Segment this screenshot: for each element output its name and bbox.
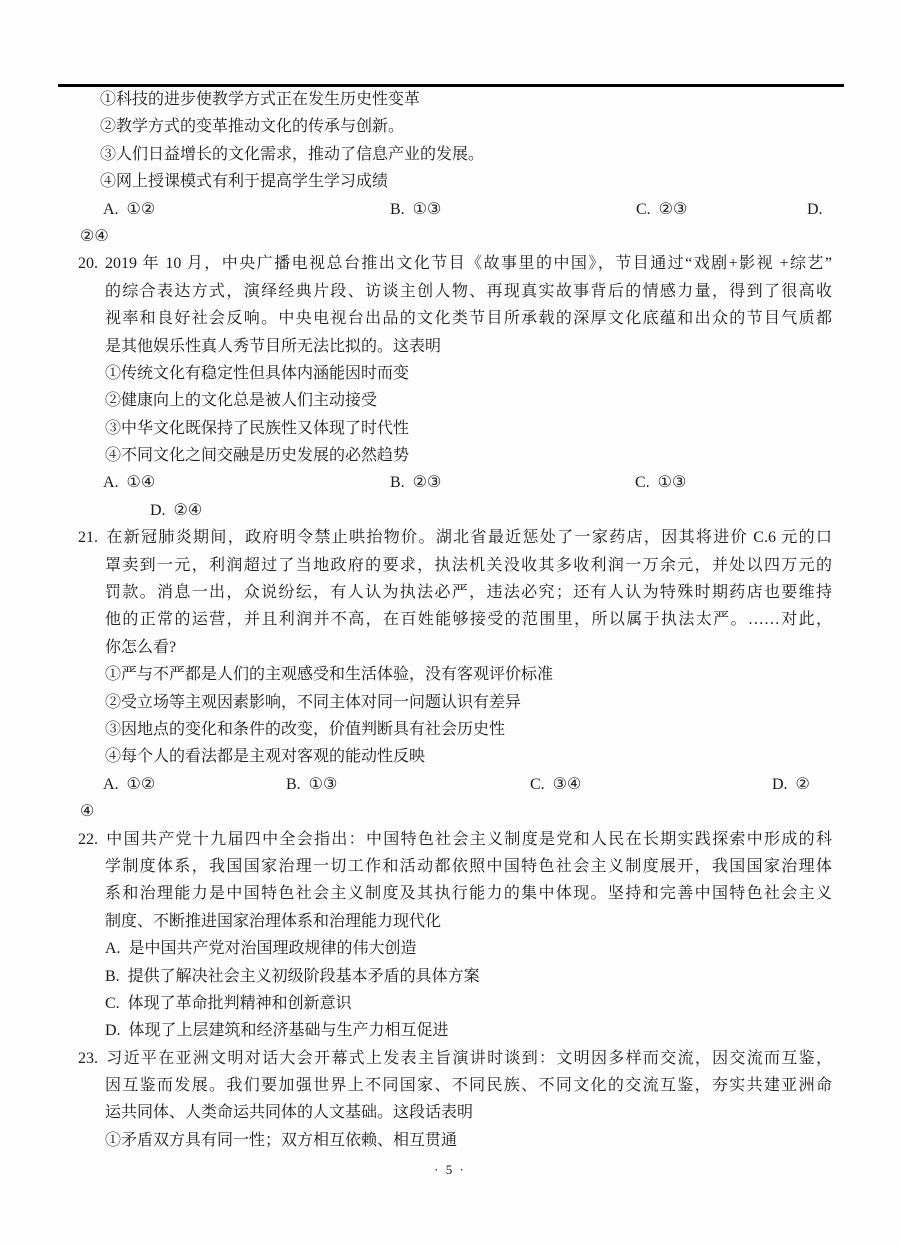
q20-body-2: 的综合表达方式，演绎经典片段、访谈主创人物、再现真实故事背后的情感力量，得到了很…: [0, 278, 900, 305]
q20-item-1: ①传统文化有稳定性但具体内涵能因时而变: [0, 360, 900, 387]
q20-item-2: ②健康向上的文化总是被人们主动接受: [0, 387, 900, 414]
q21-option-b: B. ①③: [286, 771, 337, 798]
q22-body-3: 系和治理能力是中国特色社会主义制度及其执行能力的集中体现。坚持和完善中国特色社会…: [0, 880, 900, 907]
q19-item-4: ④网上授课模式有利于提高学生学习成绩: [0, 168, 900, 195]
q21-options-row: A. ①② B. ①③ C. ③④ D. ②: [0, 771, 900, 798]
q22-option-b: B. 提供了解决社会主义初级阶段基本矛盾的具体方案: [0, 963, 900, 990]
q21-body-1: 在新冠肺炎期间，政府明令禁止哄抬物价。湖北省最近惩处了一家药店，因其将进价 C.…: [105, 529, 832, 546]
q20-body-4: 是其他娱乐性真人秀节目所无法比拟的。这表明: [0, 333, 900, 360]
q20-body-3: 视率和良好社会反响。中央电视台出品的文化类节目所承载的深厚文化底蕴和出众的节目气…: [0, 305, 900, 332]
q21-body-5: 你怎么看?: [0, 634, 900, 661]
page-number: · 5 ·: [0, 1160, 900, 1180]
q20-item-4: ④不同文化之间交融是历史发展的必然趋势: [0, 442, 900, 469]
q21-option-a: A. ①②: [103, 771, 155, 798]
q20-option-d: D. ②④: [0, 497, 900, 524]
q20-option-a: A. ①④: [103, 469, 155, 496]
q21-body-4: 他的正常的运营，并且利润并不高，在百姓能够接受的范围里，所以属于执法太严。……对…: [0, 606, 900, 633]
q20-line-1: 20.2019 年 10 月，中央广播电视总台推出文化节目《故事里的中国》，节目…: [0, 250, 900, 277]
q21-option-d-wrap: ④: [0, 798, 900, 825]
q21-item-1: ①严与不严都是人们的主观感受和生活体验，没有客观评价标准: [0, 661, 900, 688]
q21-option-c: C. ③④: [530, 771, 581, 798]
q21-item-3: ③因地点的变化和条件的改变，价值判断具有社会历史性: [0, 716, 900, 743]
q23-item-1: ①矛盾双方具有同一性；双方相互依赖、相互贯通: [0, 1127, 900, 1154]
q21-line-1: 21.在新冠肺炎期间，政府明令禁止哄抬物价。湖北省最近惩处了一家药店，因其将进价…: [0, 524, 900, 551]
q19-option-b: B. ①③: [390, 196, 441, 223]
q22-body-1: 中国共产党十九届四中全会指出：中国特色社会主义制度是党和人民在长期实践探索中形成…: [105, 831, 832, 848]
q20-option-b: B. ②③: [390, 469, 441, 496]
q22-option-d: D. 体现了上层建筑和经济基础与生产力相互促进: [0, 1017, 900, 1044]
q19-option-d: D.: [807, 196, 823, 223]
q23-body-1: 习近平在亚洲文明对话大会开幕式上发表主旨演讲时谈到：文明因多样而交流，因交流而互…: [105, 1050, 832, 1067]
q19-item-1: ①科技的进步使教学方式正在发生历史性变革: [0, 86, 900, 113]
q20-options-row: A. ①④ B. ②③ C. ①③: [0, 469, 900, 496]
q22-option-a: A. 是中国共产党对治国理政规律的伟大创造: [0, 935, 900, 962]
q20-number: 20.: [78, 250, 105, 277]
q19-option-a: A. ①②: [103, 196, 155, 223]
q23-line-1: 23.习近平在亚洲文明对话大会开幕式上发表主旨演讲时谈到：文明因多样而交流，因交…: [0, 1045, 900, 1072]
q19-item-3: ③人们日益增长的文化需求，推动了信息产业的发展。: [0, 141, 900, 168]
q20-option-c: C. ①③: [635, 469, 686, 496]
q19-item-2: ②教学方式的变革推动文化的传承与创新。: [0, 113, 900, 140]
q23-body-2: 因互鉴而发展。我们要加强世界上不同国家、不同民族、不同文化的交流互鉴，夯实共建亚…: [0, 1072, 900, 1099]
q19-option-c: C. ②③: [636, 196, 687, 223]
q21-item-4: ④每个人的看法都是主观对客观的能动性反映: [0, 743, 900, 770]
q22-body-2: 学制度体系，我国国家治理一切工作和活动都依照中国特色社会主义制度展开，我国国家治…: [0, 853, 900, 880]
q21-body-2: 罩卖到一元，利润超过了当地政府的要求，执法机关没收其多收利润一万余元，并处以四万…: [0, 552, 900, 579]
q23-number: 23.: [78, 1045, 105, 1072]
q22-body-4: 制度、不断推进国家治理体系和治理能力现代化: [0, 908, 900, 935]
exam-page: ①科技的进步使教学方式正在发生历史性变革 ②教学方式的变革推动文化的传承与创新。…: [0, 0, 900, 1246]
page-content: ①科技的进步使教学方式正在发生历史性变革 ②教学方式的变革推动文化的传承与创新。…: [0, 86, 900, 1154]
q22-line-1: 22.中国共产党十九届四中全会指出：中国特色社会主义制度是党和人民在长期实践探索…: [0, 826, 900, 853]
q23-body-3: 运共同体、人类命运共同体的人文基础。这段话表明: [0, 1099, 900, 1126]
q21-option-d: D. ②: [772, 771, 810, 798]
q22-number: 22.: [78, 826, 105, 853]
q20-body-1: 2019 年 10 月，中央广播电视总台推出文化节目《故事里的中国》，节目通过“…: [105, 255, 832, 272]
q19-options-row: A. ①② B. ①③ C. ②③ D.: [0, 196, 900, 223]
q20-item-3: ③中华文化既保持了民族性又体现了时代性: [0, 415, 900, 442]
q21-number: 21.: [78, 524, 105, 551]
q22-option-c: C. 体现了革命批判精神和创新意识: [0, 990, 900, 1017]
q21-item-2: ②受立场等主观因素影响，不同主体对同一问题认识有差异: [0, 689, 900, 716]
q19-option-d-wrap: ②④: [0, 223, 900, 250]
q21-body-3: 罚款。消息一出，众说纷纭，有人认为执法必严，违法必究；还有人认为特殊时期药店也要…: [0, 579, 900, 606]
